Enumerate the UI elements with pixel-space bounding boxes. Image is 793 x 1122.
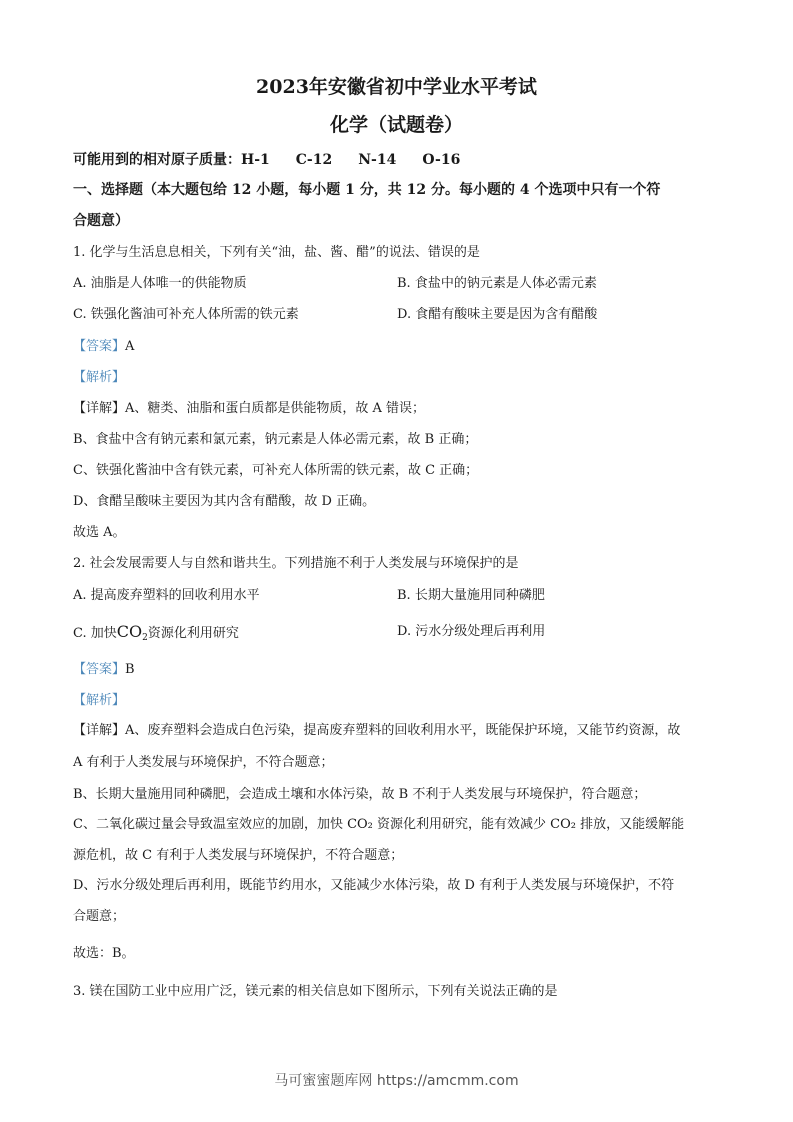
q1-detail-line-2: B、食盐中含有钠元素和氯元素，钠元素是人体必需元素，故 B 正确；	[73, 431, 477, 449]
q2-answer: 【答案】B	[73, 661, 135, 679]
q2-option-b: B. 长期大量施用同种磷肥	[397, 587, 545, 605]
answer-label: 【答案】	[73, 339, 125, 354]
q1-answer-value: A	[125, 339, 134, 354]
exam-page: 2023年安徽省初中学业水平考试 化学（试题卷） 可能用到的相对原子质量：H-1…	[0, 0, 793, 1122]
exam-title: 2023年安徽省初中学业水平考试	[0, 72, 793, 99]
q1-option-a: A. 油脂是人体唯一的供能物质	[73, 275, 247, 293]
q1-option-b: B. 食盐中的钠元素是人体必需元素	[397, 275, 597, 293]
atomic-mass-c: C-12	[296, 152, 332, 168]
q2-detail-line-6: D、污水分级处理后再利用，既能节约用水，又能减少水体污染，故 D 有利于人类发展…	[73, 877, 674, 895]
q2-stem: 2. 社会发展需要人与自然和谐共生。下列措施不利于人类发展与环境保护的是	[73, 555, 519, 573]
q2-detail-text-1: A、废弃塑料会造成白色污染，提高废弃塑料的回收利用水平，既能保护环境，又能节约资…	[125, 723, 680, 738]
detail-label: 【详解】	[73, 401, 125, 416]
q2-conclusion: 故选：B。	[73, 945, 135, 963]
q1-answer: 【答案】A	[73, 338, 134, 356]
q2-detail-line-2: A 有利于人类发展与环境保护，不符合题意；	[73, 754, 334, 772]
q1-stem: 1. 化学与生活息息相关，下列有关“油，盐、酱、醋”的说法、错误的是	[73, 244, 480, 262]
q1-detail-line-1: 【详解】A、糖类、油脂和蛋白质都是供能物质，故 A 错误；	[73, 400, 425, 418]
q2-detail-line-7: 合题意；	[73, 908, 125, 926]
section-heading-line2: 合题意）	[73, 212, 129, 230]
q2-option-d: D. 污水分级处理后再利用	[397, 623, 545, 641]
atomic-mass-label: 可能用到的相对原子质量：	[73, 152, 241, 168]
detail-label: 【详解】	[73, 723, 125, 738]
exam-subtitle: 化学（试题卷）	[0, 110, 793, 137]
q1-option-d: D. 食醋有酸味主要是因为含有醋酸	[397, 306, 597, 324]
q2-option-a: A. 提高废弃塑料的回收利用水平	[73, 587, 260, 605]
q1-analysis-label: 【解析】	[73, 369, 125, 387]
atomic-mass-h: H-1	[241, 152, 270, 168]
section-heading-line1: 一、选择题（本大题包给 12 小题，每小题 1 分，共 12 分。每小题的 4 …	[73, 181, 660, 199]
footer-watermark: 马可蜜蜜题库网 https://amcmm.com	[0, 1070, 793, 1090]
q2-detail-line-5: 源危机，故 C 有利于人类发展与环境保护，不符合题意；	[73, 847, 403, 865]
q2-option-c-suffix: 资源化利用研究	[148, 626, 239, 641]
q1-option-c: C. 铁强化酱油可补充人体所需的铁元素	[73, 306, 299, 324]
q2-detail-line-3: B、长期大量施用同种磷肥，会造成土壤和水体污染，故 B 不利于人类发展与环境保护…	[73, 786, 646, 804]
answer-label: 【答案】	[73, 662, 125, 677]
co2-formula: CO	[117, 622, 142, 641]
q2-option-c-prefix: C. 加快	[73, 626, 117, 641]
q2-detail-line-4: C、二氧化碳过量会导致温室效应的加剧，加快 CO₂ 资源化利用研究，能有效减少 …	[73, 816, 684, 834]
q2-option-c: C. 加快CO2资源化利用研究	[73, 623, 239, 647]
atomic-mass-o: O-16	[422, 152, 460, 168]
q3-stem: 3. 镁在国防工业中应用广泛，镁元素的相关信息如下图所示，下列有关说法正确的是	[73, 983, 558, 1001]
q1-conclusion: 故选 A。	[73, 524, 126, 542]
q1-detail-line-3: C、铁强化酱油中含有铁元素，可补充人体所需的铁元素，故 C 正确；	[73, 462, 478, 480]
q2-detail-line-1: 【详解】A、废弃塑料会造成白色污染，提高废弃塑料的回收利用水平，既能保护环境，又…	[73, 722, 680, 740]
q1-detail-line-4: D、食醋呈酸味主要因为其内含有醋酸，故 D 正确。	[73, 493, 375, 511]
atomic-mass-n: N-14	[358, 152, 396, 168]
atomic-mass-line: 可能用到的相对原子质量：H-1C-12N-14O-16	[73, 151, 460, 169]
q1-detail-text-1: A、糖类、油脂和蛋白质都是供能物质，故 A 错误；	[125, 401, 425, 416]
q2-answer-value: B	[125, 662, 135, 677]
q2-analysis-label: 【解析】	[73, 692, 125, 710]
